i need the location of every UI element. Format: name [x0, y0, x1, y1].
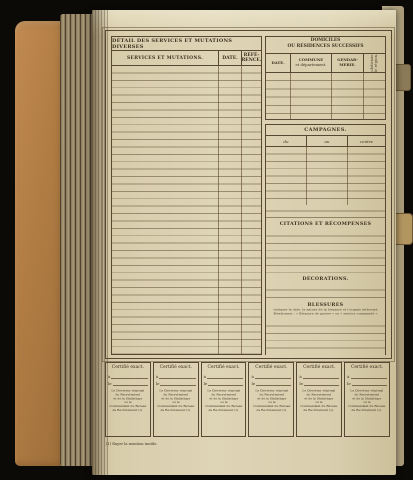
gendarmerie-header-line2: MERIE.	[339, 63, 355, 68]
commune-header-line2: et département.	[296, 63, 327, 68]
date-prefix: le	[156, 381, 160, 386]
blank-line	[208, 385, 243, 386]
certify-box: Certifié exact. à le Le Directeur région…	[296, 362, 342, 437]
date-column-header: DATE.	[219, 51, 242, 65]
reference-column-header: RÉFÉ- RENCE.	[242, 51, 261, 65]
domiciles-subdivision-header: Subdivision de région.	[364, 54, 385, 72]
signature-line: de Recrutement (1).	[251, 408, 291, 412]
signature-block: Le Directeur régional du Recrutement et …	[347, 389, 387, 412]
campagnes-title: CAMPAGNES.	[266, 125, 385, 136]
place-prefix: à	[299, 374, 301, 379]
page-tab	[395, 64, 411, 91]
certify-row: Certifié exact. à le Le Directeur région…	[105, 362, 390, 437]
domiciles-date-header: DATE.	[266, 54, 291, 72]
certify-label: Certifié exact.	[108, 365, 148, 370]
decorations-heading: DÉCORATIONS.	[265, 273, 386, 283]
page-tab	[395, 213, 413, 245]
form-frame: DÉTAIL DES SERVICES ET MUTATIONS DIVERSE…	[105, 30, 392, 359]
certify-date-line: le	[204, 379, 244, 386]
certify-date-line: le	[347, 379, 387, 386]
campagnes-table: CAMPAGNES. du au contre	[265, 124, 386, 205]
blessures-heading: BLESSURES indiquer la date, la nature de…	[265, 299, 386, 319]
blank-line	[303, 378, 339, 379]
domiciles-title-line2: OU RÉSIDENCES SUCCESSIFS	[266, 44, 385, 50]
blessures-note: indiquer la date, la nature de la blessu…	[266, 308, 385, 316]
column-divider	[241, 66, 242, 354]
domiciles-header-row: DATE. COMMUNE et département. GENDAR- ME…	[266, 54, 385, 73]
services-column-header: SERVICES ET MUTATIONS.	[112, 51, 219, 65]
certify-date-line: le	[299, 379, 339, 386]
campagnes-contre-header: contre	[348, 136, 385, 146]
certify-label: Certifié exact.	[347, 365, 387, 370]
certify-place-line: à	[251, 372, 291, 379]
certify-label: Certifié exact.	[204, 365, 244, 370]
certify-place-line: à	[108, 372, 148, 379]
certify-box: Certifié exact. à le Le Directeur région…	[105, 362, 151, 437]
certify-date-line: le	[108, 379, 148, 386]
column-divider	[218, 66, 219, 354]
scanned-register-page: DÉTAIL DES SERVICES ET MUTATIONS DIVERSE…	[0, 0, 413, 480]
signature-line: de Recrutement (1).	[299, 408, 339, 412]
column-divider	[290, 73, 291, 119]
place-prefix: à	[108, 374, 110, 379]
services-header-row: SERVICES ET MUTATIONS. DATE. RÉFÉ- RENCE…	[112, 51, 261, 66]
citations-ruled-area	[265, 229, 386, 273]
blank-line	[160, 385, 195, 386]
certify-place-line: à	[347, 372, 387, 379]
certify-box: Certifié exact. à le Le Directeur région…	[201, 362, 247, 437]
date-prefix: le	[299, 381, 303, 386]
certify-label: Certifié exact.	[251, 365, 291, 370]
date-prefix: le	[204, 381, 208, 386]
date-prefix: le	[251, 381, 255, 386]
certify-place-line: à	[156, 372, 196, 379]
campagnes-au-header: au	[307, 136, 348, 146]
document-page: DÉTAIL DES SERVICES ET MUTATIONS DIVERSE…	[92, 10, 396, 475]
campagnes-header-row: du au contre	[266, 136, 385, 147]
column-divider	[363, 73, 364, 119]
blessures-note-line2: Mentionner : « Blessure de guerre » ou «…	[266, 312, 385, 316]
signature-line: de Recrutement (1).	[204, 408, 244, 412]
domiciles-commune-header: COMMUNE et département.	[291, 54, 332, 72]
date-prefix: le	[347, 381, 351, 386]
signature-block: Le Directeur régional du Recrutement et …	[156, 389, 196, 412]
domiciles-table: DOMICILES OU RÉSIDENCES SUCCESSIFS DATE.…	[265, 36, 386, 120]
certify-box: Certifié exact. à le Le Directeur région…	[153, 362, 199, 437]
blank-line	[113, 385, 148, 386]
stacked-page-edges	[60, 14, 96, 466]
signature-block: Le Directeur régional du Recrutement et …	[204, 389, 244, 412]
column-divider	[306, 147, 307, 205]
blank-line	[304, 385, 339, 386]
certify-label: Certifié exact.	[299, 365, 339, 370]
services-table-body	[112, 66, 261, 354]
certify-date-line: le	[251, 379, 291, 386]
blank-line	[351, 378, 387, 379]
signature-block: Le Directeur régional du Recrutement et …	[251, 389, 291, 412]
blank-line	[255, 378, 291, 379]
reference-header-line2: RENCE.	[242, 58, 262, 63]
certify-date-line: le	[156, 379, 196, 386]
signature-line: de Recrutement (1).	[347, 408, 387, 412]
campagnes-table-body	[266, 147, 385, 205]
certify-box: Certifié exact. à le Le Directeur région…	[248, 362, 294, 437]
domiciles-gendarmerie-header: GENDAR- MERIE.	[332, 54, 364, 72]
signature-block: Le Directeur régional du Recrutement et …	[108, 389, 148, 412]
citations-heading: CITATIONS ET RÉCOMPENSES	[265, 218, 386, 229]
place-prefix: à	[156, 374, 158, 379]
column-divider	[331, 73, 332, 119]
signature-line: de Recrutement (1).	[156, 408, 196, 412]
column-divider	[347, 147, 348, 205]
services-table-title: DÉTAIL DES SERVICES ET MUTATIONS DIVERSE…	[112, 37, 261, 51]
blessures-ruled-area	[265, 319, 386, 355]
signature-line: de Recrutement (1).	[108, 408, 148, 412]
blank-line	[111, 378, 147, 379]
certify-box: Certifié exact. à le Le Directeur région…	[344, 362, 390, 437]
signature-block: Le Directeur régional du Recrutement et …	[299, 389, 339, 412]
blank-line	[159, 378, 195, 379]
domiciles-table-body	[266, 73, 385, 119]
certify-place-line: à	[204, 372, 244, 379]
place-prefix: à	[204, 374, 206, 379]
page-footnote: (1) Rayer la mention inutile.	[106, 442, 158, 446]
blank-line	[207, 378, 243, 379]
services-table: DÉTAIL DES SERVICES ET MUTATIONS DIVERSE…	[111, 36, 262, 355]
certify-place-line: à	[299, 372, 339, 379]
blank-line	[256, 385, 291, 386]
certify-label: Certifié exact.	[156, 365, 196, 370]
campagnes-total-lines	[265, 205, 386, 218]
place-prefix: à	[347, 374, 349, 379]
place-prefix: à	[251, 374, 253, 379]
domiciles-table-title: DOMICILES OU RÉSIDENCES SUCCESSIFS	[266, 37, 385, 54]
date-prefix: le	[108, 381, 112, 386]
campagnes-du-header: du	[266, 136, 307, 146]
subdivision-header-vertical-text: Subdivision de région.	[370, 54, 378, 72]
blank-line	[352, 385, 387, 386]
decorations-ruled-area	[265, 283, 386, 299]
